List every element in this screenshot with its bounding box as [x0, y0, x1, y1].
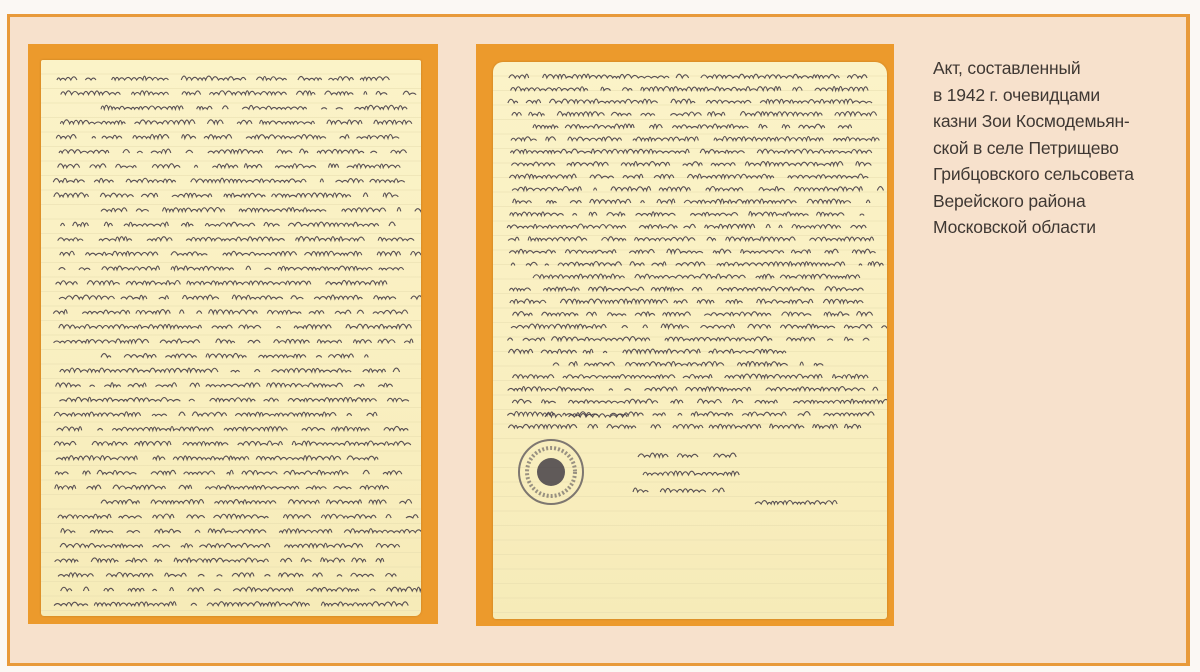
document-page-1: 1942 года 25 января в д. Петрищево Верей…	[41, 60, 421, 616]
document-frame-left: 1942 года 25 января в д. Петрищево Верей…	[28, 44, 438, 624]
caption-line: Московской области	[933, 214, 1183, 241]
caption-line: ской в селе Петрищево	[933, 135, 1183, 162]
caption-line: Верейского района	[933, 188, 1183, 215]
document-frame-right: Повесили в 1 числах декабря 1941 года На…	[476, 44, 894, 626]
document-page-2: Повесили в 1 числах декабря 1941 года На…	[493, 62, 887, 619]
handwriting-page-2	[493, 62, 887, 619]
document-caption: Акт, составленный в 1942 г. очевидцами к…	[933, 55, 1183, 241]
caption-line: казни Зои Космодемьян-	[933, 108, 1183, 135]
caption-line: в 1942 г. очевидцами	[933, 82, 1183, 109]
handwriting-page-1	[41, 60, 421, 616]
seal-stamp	[519, 440, 583, 504]
caption-line: Грибцовского сельсовета	[933, 161, 1183, 188]
caption-line: Акт, составленный	[933, 55, 1183, 82]
